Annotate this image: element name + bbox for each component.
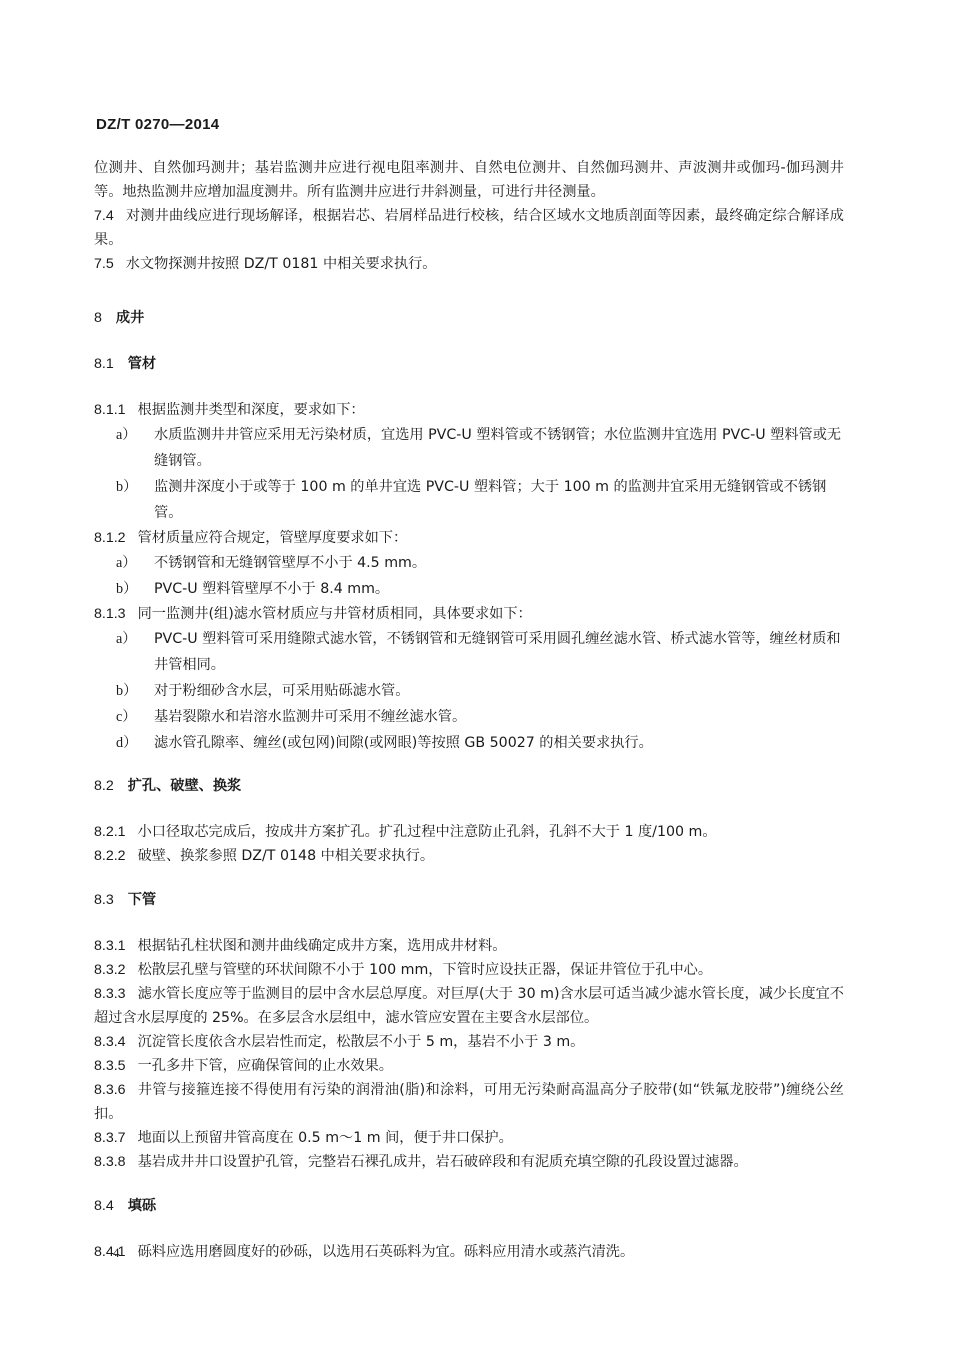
section-number: 8 xyxy=(94,310,102,326)
list-item: c）基岩裂隙水和岩溶水监测井可采用不缠丝滤水管。 xyxy=(94,704,844,730)
continuation-paragraph: 位测井、自然伽玛测井；基岩监测井应进行视电阻率测井、自然电位测井、自然伽玛测井、… xyxy=(94,156,844,204)
clause-8-3-1: 8.3.1根据钻孔柱状图和测井曲线确定成井方案，选用成井材料。 xyxy=(94,934,844,958)
item-label: b） xyxy=(116,678,154,704)
clause-8-3-5: 8.3.5一孔多井下管，应确保管间的止水效果。 xyxy=(94,1054,844,1078)
item-label: a） xyxy=(116,422,154,474)
clause-8-2-2: 8.2.2破壁、换浆参照 DZ/T 0148 中相关要求执行。 xyxy=(94,844,844,868)
item-label: b） xyxy=(116,576,154,602)
document-page: DZ/T 0270—2014 位测井、自然伽玛测井；基岩监测井应进行视电阻率测井… xyxy=(0,0,956,1353)
list-item: a）PVC-U 塑料管可采用缝隙式滤水管，不锈钢管和无缝钢管可采用圆孔缠丝滤水管… xyxy=(94,626,844,678)
clause-text: 水文物探测井按照 DZ/T 0181 中相关要求执行。 xyxy=(126,256,437,272)
clause-text: 地面以上预留井管高度在 0.5 m～1 m 间，便于井口保护。 xyxy=(138,1130,513,1146)
list-item: a）不锈钢管和无缝钢管壁厚不小于 4.5 mm。 xyxy=(94,550,844,576)
item-text: PVC-U 塑料管壁厚不小于 8.4 mm。 xyxy=(154,576,844,602)
clause-number: 8.3.1 xyxy=(94,938,126,954)
clause-number: 7.4 xyxy=(94,208,114,224)
clause-number: 8.4.1 xyxy=(94,1244,126,1260)
item-label: d） xyxy=(116,730,154,756)
clause-number: 8.2.2 xyxy=(94,848,126,864)
clause-8-4-1: 8.4.1砾料应选用磨圆度好的砂砾，以选用石英砾料为宜。砾料应用清水或蒸汽清洗。 xyxy=(94,1240,844,1264)
section-title: 下管 xyxy=(128,892,156,908)
clause-8-1-3: 8.1.3同一监测井(组)滤水管材质应与井管材质相同，具体要求如下： xyxy=(94,602,844,626)
clause-7-4: 7.4对测井曲线应进行现场解译，根据岩芯、岩屑样品进行校核，结合区域水文地质剖面… xyxy=(94,204,844,252)
clause-number: 8.3.8 xyxy=(94,1154,126,1170)
section-title: 管材 xyxy=(128,356,156,372)
item-text: 监测井深度小于或等于 100 m 的单井宜选 PVC-U 塑料管；大于 100 … xyxy=(154,474,844,526)
clause-number: 8.2.1 xyxy=(94,824,126,840)
clause-number: 7.5 xyxy=(94,256,114,272)
clause-8-3-7: 8.3.7地面以上预留井管高度在 0.5 m～1 m 间，便于井口保护。 xyxy=(94,1126,844,1150)
clause-text: 砾料应选用磨圆度好的砂砾，以选用石英砾料为宜。砾料应用清水或蒸汽清洗。 xyxy=(138,1244,635,1260)
clause-number: 8.1.3 xyxy=(94,606,126,622)
item-text: 水质监测井井管应采用无污染材质，宜选用 PVC-U 塑料管或不锈钢管；水位监测井… xyxy=(154,422,844,474)
clause-8-3-6: 8.3.6井管与接箍连接不得使用有污染的润滑油(脂)和涂料，可用无污染耐高温高分… xyxy=(94,1078,844,1126)
document-body: 位测井、自然伽玛测井；基岩监测井应进行视电阻率测井、自然电位测井、自然伽玛测井、… xyxy=(94,156,844,1264)
item-label: b） xyxy=(116,474,154,526)
clause-text: 一孔多井下管，应确保管间的止水效果。 xyxy=(138,1058,393,1074)
clause-text: 根据钻孔柱状图和测井曲线确定成井方案，选用成井材料。 xyxy=(138,938,507,954)
clause-text: 沉淀管长度依含水层岩性而定，松散层不小于 5 m，基岩不小于 3 m。 xyxy=(138,1034,585,1050)
clause-text: 对测井曲线应进行现场解译，根据岩芯、岩屑样品进行校核，结合区域水文地质剖面等因素… xyxy=(94,208,844,248)
clause-8-1-2: 8.1.2管材质量应符合规定，管壁厚度要求如下： xyxy=(94,526,844,550)
clause-text: 井管与接箍连接不得使用有污染的润滑油(脂)和涂料，可用无污染耐高温高分子胶带(如… xyxy=(94,1082,844,1122)
list-item: b）PVC-U 塑料管壁厚不小于 8.4 mm。 xyxy=(94,576,844,602)
section-8-4-heading: 8.4填砾 xyxy=(94,1194,844,1218)
clause-text: 破壁、换浆参照 DZ/T 0148 中相关要求执行。 xyxy=(138,848,435,864)
clause-number: 8.3.7 xyxy=(94,1130,126,1146)
clause-text: 管材质量应符合规定，管壁厚度要求如下： xyxy=(138,530,408,546)
item-text: 基岩裂隙水和岩溶水监测井可采用不缠丝滤水管。 xyxy=(154,704,844,730)
clause-number: 8.1.2 xyxy=(94,530,126,546)
item-label: a） xyxy=(116,550,154,576)
clause-text: 基岩成井井口设置护孔管，完整岩石裸孔成井，岩石破碎段和有泥质充填空隙的孔段设置过… xyxy=(138,1154,748,1170)
clause-text: 滤水管长度应等于监测目的层中含水层总厚度。对巨厚(大于 30 m)含水层可适当减… xyxy=(94,986,844,1026)
list-item: d）滤水管孔隙率、缠丝(或包网)间隙(或网眼)等按照 GB 50027 的相关要… xyxy=(94,730,844,756)
section-number: 8.2 xyxy=(94,778,114,794)
list-item: a）水质监测井井管应采用无污染材质，宜选用 PVC-U 塑料管或不锈钢管；水位监… xyxy=(94,422,844,474)
clause-8-3-4: 8.3.4沉淀管长度依含水层岩性而定，松散层不小于 5 m，基岩不小于 3 m。 xyxy=(94,1030,844,1054)
clause-text: 松散层孔壁与管壁的环状间隙不小于 100 mm，下管时应设扶正器，保证井管位于孔… xyxy=(138,962,713,978)
item-text: 对于粉细砂含水层，可采用贴砾滤水管。 xyxy=(154,678,844,704)
clause-7-5: 7.5水文物探测井按照 DZ/T 0181 中相关要求执行。 xyxy=(94,252,844,276)
clause-text: 小口径取芯完成后，按成井方案扩孔。扩孔过程中注意防止孔斜，孔斜不大于 1 度/1… xyxy=(138,824,717,840)
list-item: b）对于粉细砂含水层，可采用贴砾滤水管。 xyxy=(94,678,844,704)
clause-number: 8.3.3 xyxy=(94,986,126,1002)
item-label: a） xyxy=(116,626,154,678)
section-title: 扩孔、破壁、换浆 xyxy=(128,778,242,794)
clause-number: 8.3.4 xyxy=(94,1034,126,1050)
page-number: 4 xyxy=(113,1245,120,1261)
clause-number: 8.1.1 xyxy=(94,402,126,418)
section-number: 8.1 xyxy=(94,356,114,372)
section-8-1-heading: 8.1管材 xyxy=(94,352,844,376)
section-title: 成井 xyxy=(116,310,144,326)
section-title: 填砾 xyxy=(128,1198,156,1214)
clause-number: 8.3.6 xyxy=(94,1082,126,1098)
section-8-3-heading: 8.3下管 xyxy=(94,888,844,912)
item-text: PVC-U 塑料管可采用缝隙式滤水管，不锈钢管和无缝钢管可采用圆孔缠丝滤水管、桥… xyxy=(154,626,844,678)
clause-8-3-8: 8.3.8基岩成井井口设置护孔管，完整岩石裸孔成井，岩石破碎段和有泥质充填空隙的… xyxy=(94,1150,844,1174)
clause-8-3-2: 8.3.2松散层孔壁与管壁的环状间隙不小于 100 mm，下管时应设扶正器，保证… xyxy=(94,958,844,982)
standard-code-header: DZ/T 0270—2014 xyxy=(96,116,219,133)
clause-8-1-1: 8.1.1根据监测井类型和深度，要求如下： xyxy=(94,398,844,422)
clause-8-3-3: 8.3.3滤水管长度应等于监测目的层中含水层总厚度。对巨厚(大于 30 m)含水… xyxy=(94,982,844,1030)
section-number: 8.4 xyxy=(94,1198,114,1214)
list-item: b）监测井深度小于或等于 100 m 的单井宜选 PVC-U 塑料管；大于 10… xyxy=(94,474,844,526)
section-8-heading: 8成井 xyxy=(94,306,844,330)
clause-number: 8.3.2 xyxy=(94,962,126,978)
clause-number: 8.3.5 xyxy=(94,1058,126,1074)
clause-8-2-1: 8.2.1小口径取芯完成后，按成井方案扩孔。扩孔过程中注意防止孔斜，孔斜不大于 … xyxy=(94,820,844,844)
clause-text: 根据监测井类型和深度，要求如下： xyxy=(138,402,365,418)
section-8-2-heading: 8.2扩孔、破壁、换浆 xyxy=(94,774,844,798)
item-text: 不锈钢管和无缝钢管壁厚不小于 4.5 mm。 xyxy=(154,550,844,576)
item-text: 滤水管孔隙率、缠丝(或包网)间隙(或网眼)等按照 GB 50027 的相关要求执… xyxy=(154,730,844,756)
section-number: 8.3 xyxy=(94,892,114,908)
item-label: c） xyxy=(116,704,154,730)
clause-text: 同一监测井(组)滤水管材质应与井管材质相同，具体要求如下： xyxy=(138,606,532,622)
